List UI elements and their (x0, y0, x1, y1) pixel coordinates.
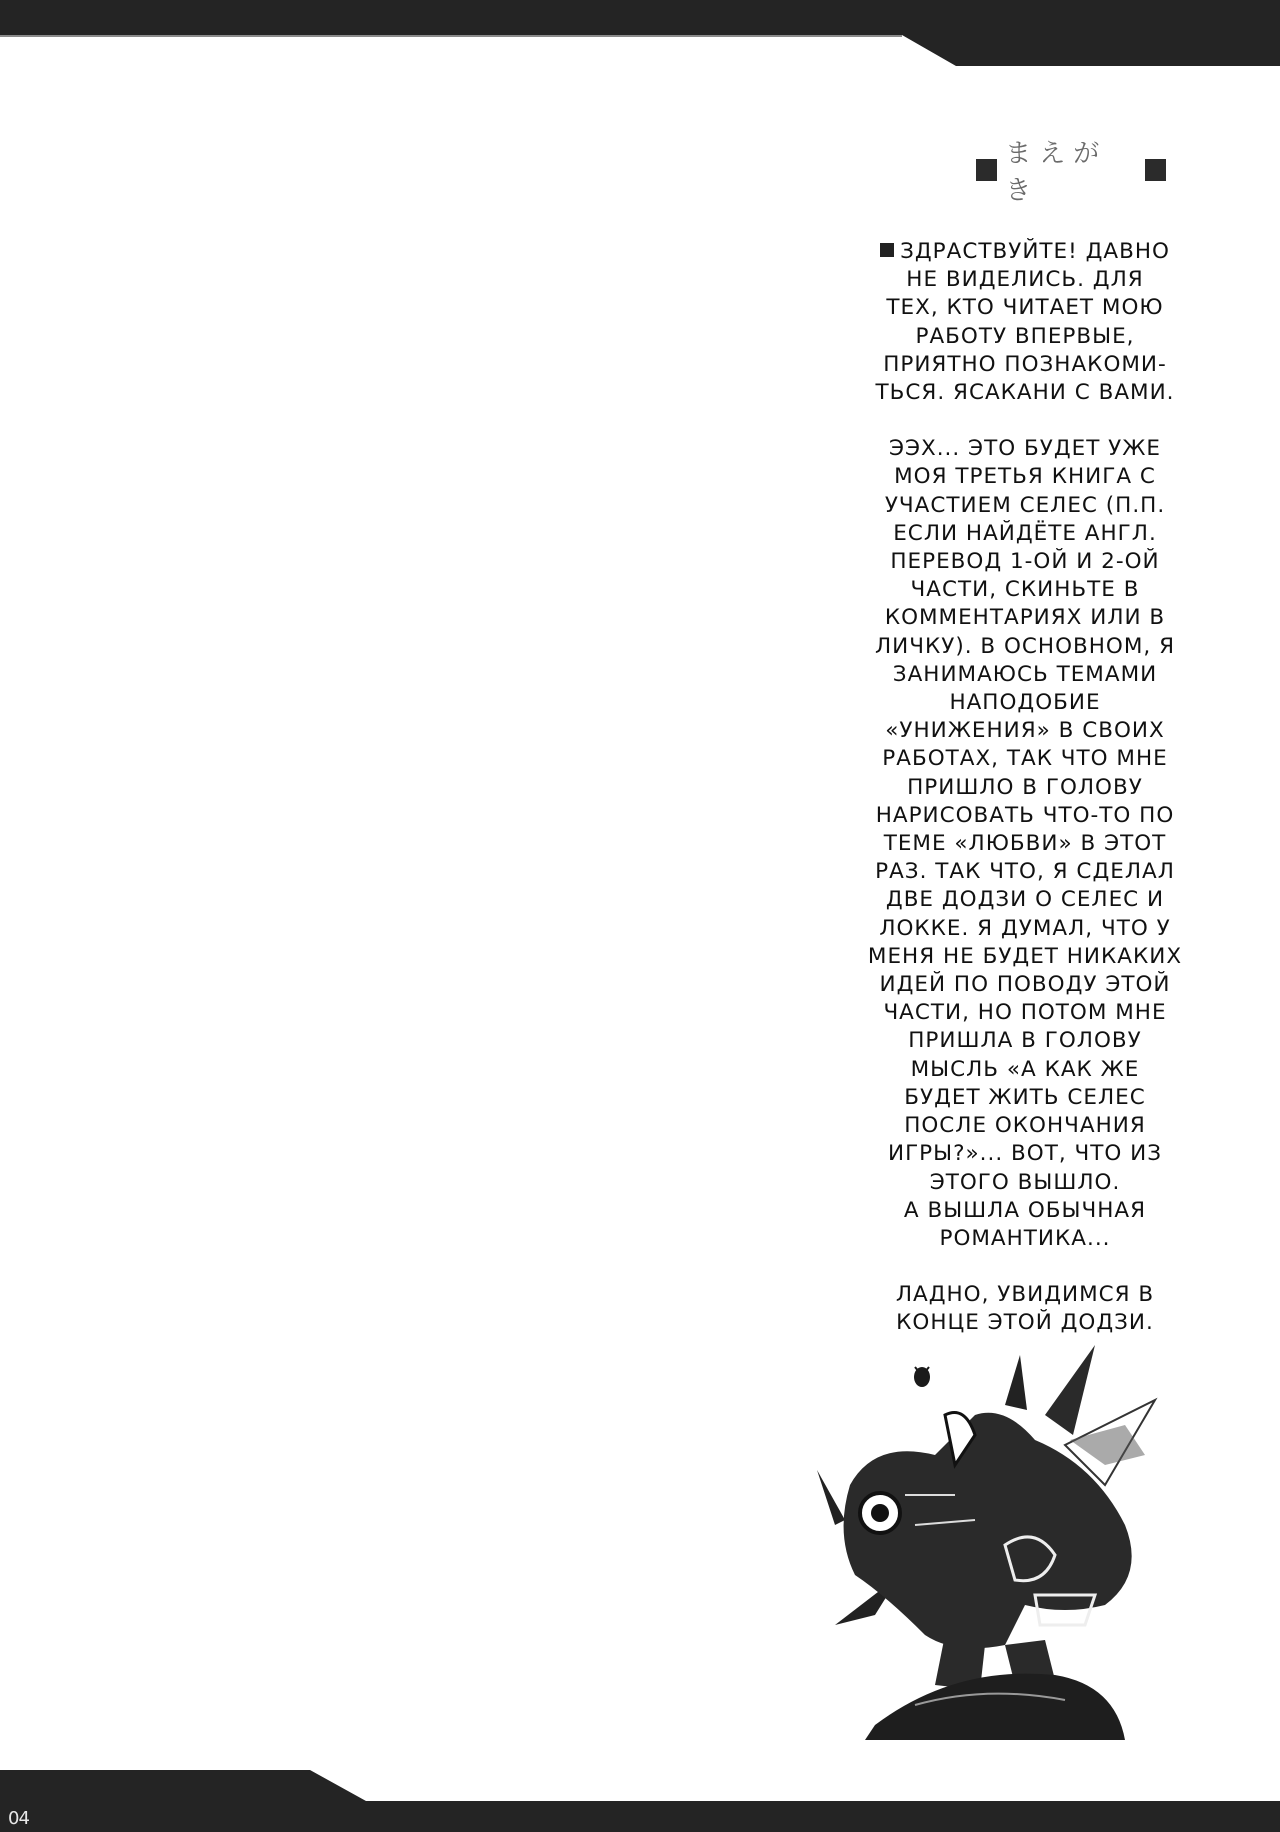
heading-text: まえがき (1005, 133, 1136, 207)
text-line: ЧАСТИ, НО ПОТОМ МНЕ (860, 999, 1190, 1027)
bottom-decorative-band (0, 1770, 1280, 1832)
text-line: НАПОДОБИЕ (860, 689, 1190, 717)
text-line: ПЕРЕВОД 1-ОЙ И 2-ОЙ (860, 548, 1190, 576)
paragraph-2: ЭЭХ... ЭТО БУДЕТ УЖЕ МОЯ ТРЕТЬЯ КНИГА С … (860, 435, 1190, 1253)
text-line: ТЕМЕ «ЛЮБВИ» В ЭТОТ (860, 830, 1190, 858)
text-line: ЧАСТИ, СКИНЬТЕ В (860, 576, 1190, 604)
text-line: ПРИШЛА В ГОЛОВУ (860, 1027, 1190, 1055)
character-illustration (805, 1345, 1160, 1740)
text-line: ЗДРАСТВУЙТЕ! ДАВНО (860, 238, 1190, 266)
text-line: ЭЭХ... ЭТО БУДЕТ УЖЕ (860, 435, 1190, 463)
text-line: МЕНЯ НЕ БУДЕТ НИКАКИХ (860, 943, 1190, 971)
text-line: НАРИСОВАТЬ ЧТО-ТО ПО (860, 802, 1190, 830)
text-line: РАБОТАХ, ТАК ЧТО МНЕ (860, 745, 1190, 773)
text-line: «УНИЖЕНИЯ» В СВОИХ (860, 717, 1190, 745)
text-line: ПРИШЛО В ГОЛОВУ (860, 774, 1190, 802)
paragraph-1: ЗДРАСТВУЙТЕ! ДАВНО НЕ ВИДЕЛИСЬ. ДЛЯ ТЕХ,… (860, 238, 1190, 407)
text-line: УЧАСТИЕМ СЕЛЕС (П.П. (860, 492, 1190, 520)
text-line: РАЗ. ТАК ЧТО, Я СДЕЛАЛ (860, 858, 1190, 886)
text-line: ЛИЧКУ). В ОСНОВНОМ, Я (860, 633, 1190, 661)
paragraph-gap (860, 407, 1190, 435)
text-line: ЛОККЕ. Я ДУМАЛ, ЧТО У (860, 915, 1190, 943)
square-marker-icon (976, 159, 997, 181)
text-line: ТЕХ, КТО ЧИТАЕТ МОЮ (860, 294, 1190, 322)
text-line: НЕ ВИДЕЛИСЬ. ДЛЯ (860, 266, 1190, 294)
text-line: ЗАНИМАЮСЬ ТЕМАМИ (860, 661, 1190, 689)
text-line: РАБОТУ ВПЕРВЫЕ, (860, 323, 1190, 351)
page-heading: まえがき (976, 152, 1166, 188)
top-decorative-band (0, 0, 1280, 66)
page-number: 04 (8, 1808, 29, 1829)
text-line: ИГРЫ?»... ВОТ, ЧТО ИЗ (860, 1140, 1190, 1168)
top-band-edge-line (0, 35, 902, 37)
square-marker-icon (1145, 159, 1166, 181)
text-line: ПОСЛЕ ОКОНЧАНИЯ (860, 1112, 1190, 1140)
text-line: КОНЦЕ ЭТОЙ ДОДЗИ. (860, 1309, 1190, 1337)
text-line: МОЯ ТРЕТЬЯ КНИГА С (860, 463, 1190, 491)
text-line: КОММЕНТАРИЯХ ИЛИ В (860, 604, 1190, 632)
text-line: ПРИЯТНО ПОЗНАКОМИ- (860, 351, 1190, 379)
armored-character-drawing-icon (805, 1345, 1160, 1740)
text-line: ЕСЛИ НАЙДЁТЕ АНГЛ. (860, 520, 1190, 548)
text-line: БУДЕТ ЖИТЬ СЕЛЕС (860, 1084, 1190, 1112)
text-line: МЫСЛЬ «А КАК ЖЕ (860, 1056, 1190, 1084)
text-line: РОМАНТИКА... (860, 1225, 1190, 1253)
text-line: ЛАДНО, УВИДИМСЯ В (860, 1281, 1190, 1309)
text-line: ИДЕЙ ПО ПОВОДУ ЭТОЙ (860, 971, 1190, 999)
text-line: А ВЫШЛА ОБЫЧНАЯ (860, 1197, 1190, 1225)
text-line: ДВЕ ДОДЗИ О СЕЛЕС И (860, 886, 1190, 914)
text-line: ТЬСЯ. ЯСАКАНИ С ВАМИ. (860, 379, 1190, 407)
text-line: ЭТОГО ВЫШЛО. (860, 1169, 1190, 1197)
preface-text: ЗДРАСТВУЙТЕ! ДАВНО НЕ ВИДЕЛИСЬ. ДЛЯ ТЕХ,… (860, 238, 1190, 1338)
square-bullet-icon (880, 243, 894, 257)
paragraph-3: ЛАДНО, УВИДИМСЯ В КОНЦЕ ЭТОЙ ДОДЗИ. (860, 1281, 1190, 1337)
paragraph-gap (860, 1253, 1190, 1281)
